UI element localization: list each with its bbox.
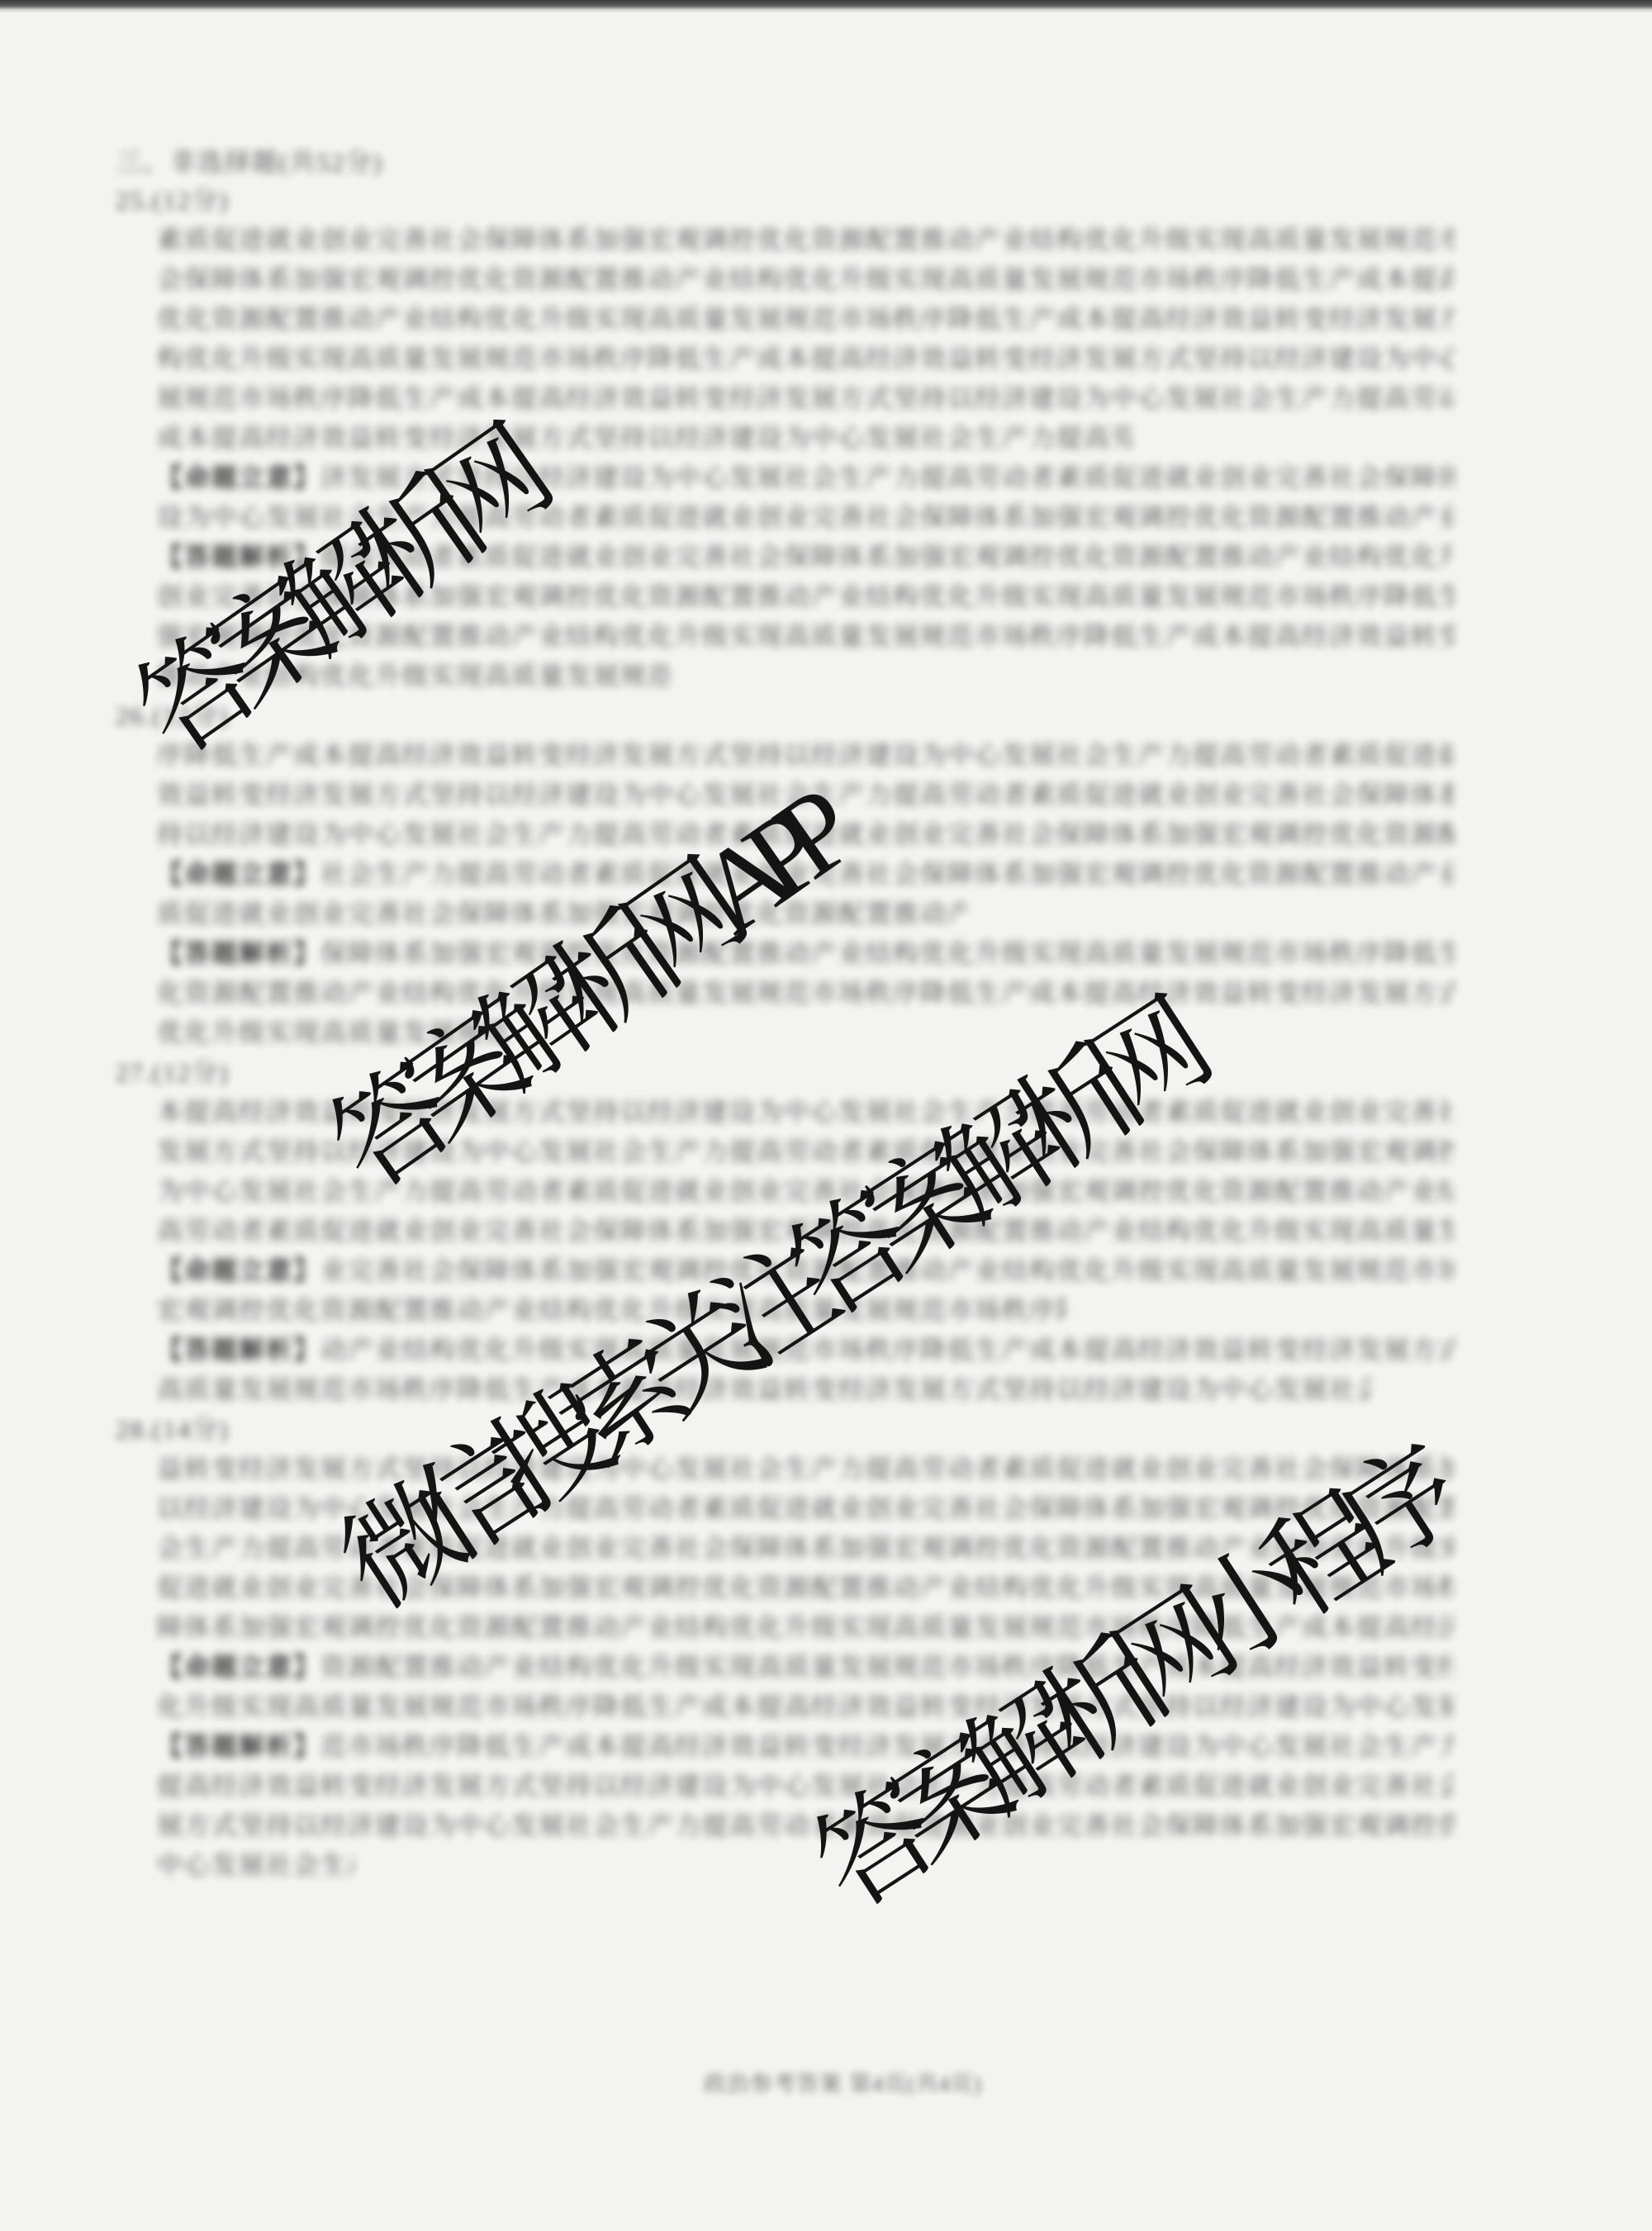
scanned-answer-page: 三、非选择题(共52分)25.(12分)素质促进就业创业完善社会保障体系加强宏观… [0,0,1652,2231]
blurred-text-line: 优化资源配置推动产业结构优化升级实现高质量发展规范市场秩序降低生产成本提高经济效… [157,302,1454,337]
question-label-line: 25.(12分) [116,183,264,218]
blurred-text-line: 提高经济效益转变经济发展方式坚持以经济建设为中心发展社会生产力提高劳动者素质促进… [157,1769,1454,1804]
blurred-text-line: 质促进就业创业完善社会保障体系加强宏观调控优化资源配置推动产业结构优化升级实现高… [157,897,966,932]
question-label-line: 27.(12分) [116,1056,264,1090]
blurred-text-line: 宏观调控优化资源配置推动产业结构优化升级实现高质量发展规范市场秩序降低生产成本提… [157,1294,1066,1328]
blurred-text-line: 【命题立意】济发展方式坚持以经济建设为中心发展社会生产力提高劳动者素质促进就业创… [157,461,1454,496]
page-footer: 政治参考答案 第4页(共4页) [704,2069,982,2099]
blurred-text-line: 会保障体系加强宏观调控优化资源配置推动产业结构优化升级实现高质量发展规范市场秩序… [157,263,1454,297]
question-label-line: 三、非选择题(共52分) [116,145,421,180]
blurred-text-line: 【答题解析】保障体系加强宏观调控优化资源配置推动产业结构优化升级实现高质量发展规… [157,937,1454,971]
blurred-text-line: 成本提高经济效益转变经济发展方式坚持以经济建设为中心发展社会生产力提高劳动者素质… [157,421,1132,456]
blurred-text-line: 序降低生产成本提高经济效益转变经济发展方式坚持以经济建设为中心发展社会生产力提高… [157,738,1454,773]
blurred-text-line: 化升级实现高质量发展规范市场秩序降低生产成本提高经济效益转变经济发展方式坚持以经… [157,1690,1454,1725]
blurred-text-line: 【答题解析】范市场秩序降低生产成本提高经济效益转变经济发展方式坚持以经济建设为中… [157,1730,1454,1764]
question-label-line: 28.(14分) [116,1412,264,1447]
blurred-text-line: 为中心发展社会生产力提高劳动者素质促进就业创业完善社会保障体系加强宏观调控优化资… [157,1175,1454,1209]
blurred-text-line: 益转变经济发展方式坚持以经济建设为中心发展社会生产力提高劳动者素质促进就业创业完… [157,1452,1454,1487]
blurred-text-line: 构优化升级实现高质量发展规范市场秩序降低生产成本提高经济效益转变经济发展方式坚持… [157,342,1454,377]
blurred-text-line: 中心发展社会生产力提高劳动者素质促进 [157,1849,355,1883]
scanner-edge-bar [0,0,1652,13]
blurred-text-line: 展规范市场秩序降低生产成本提高经济效益转变经济发展方式坚持以经济建设为中心发展社… [157,382,1454,416]
blurred-text-line: 素质促进就业创业完善社会保障体系加强宏观调控优化资源配置推动产业结构优化升级实现… [157,223,1454,258]
blurred-text-line: 化资源配置推动产业结构优化升级实现高质量发展规范市场秩序降低生产成本提高经济效益… [157,976,1454,1011]
